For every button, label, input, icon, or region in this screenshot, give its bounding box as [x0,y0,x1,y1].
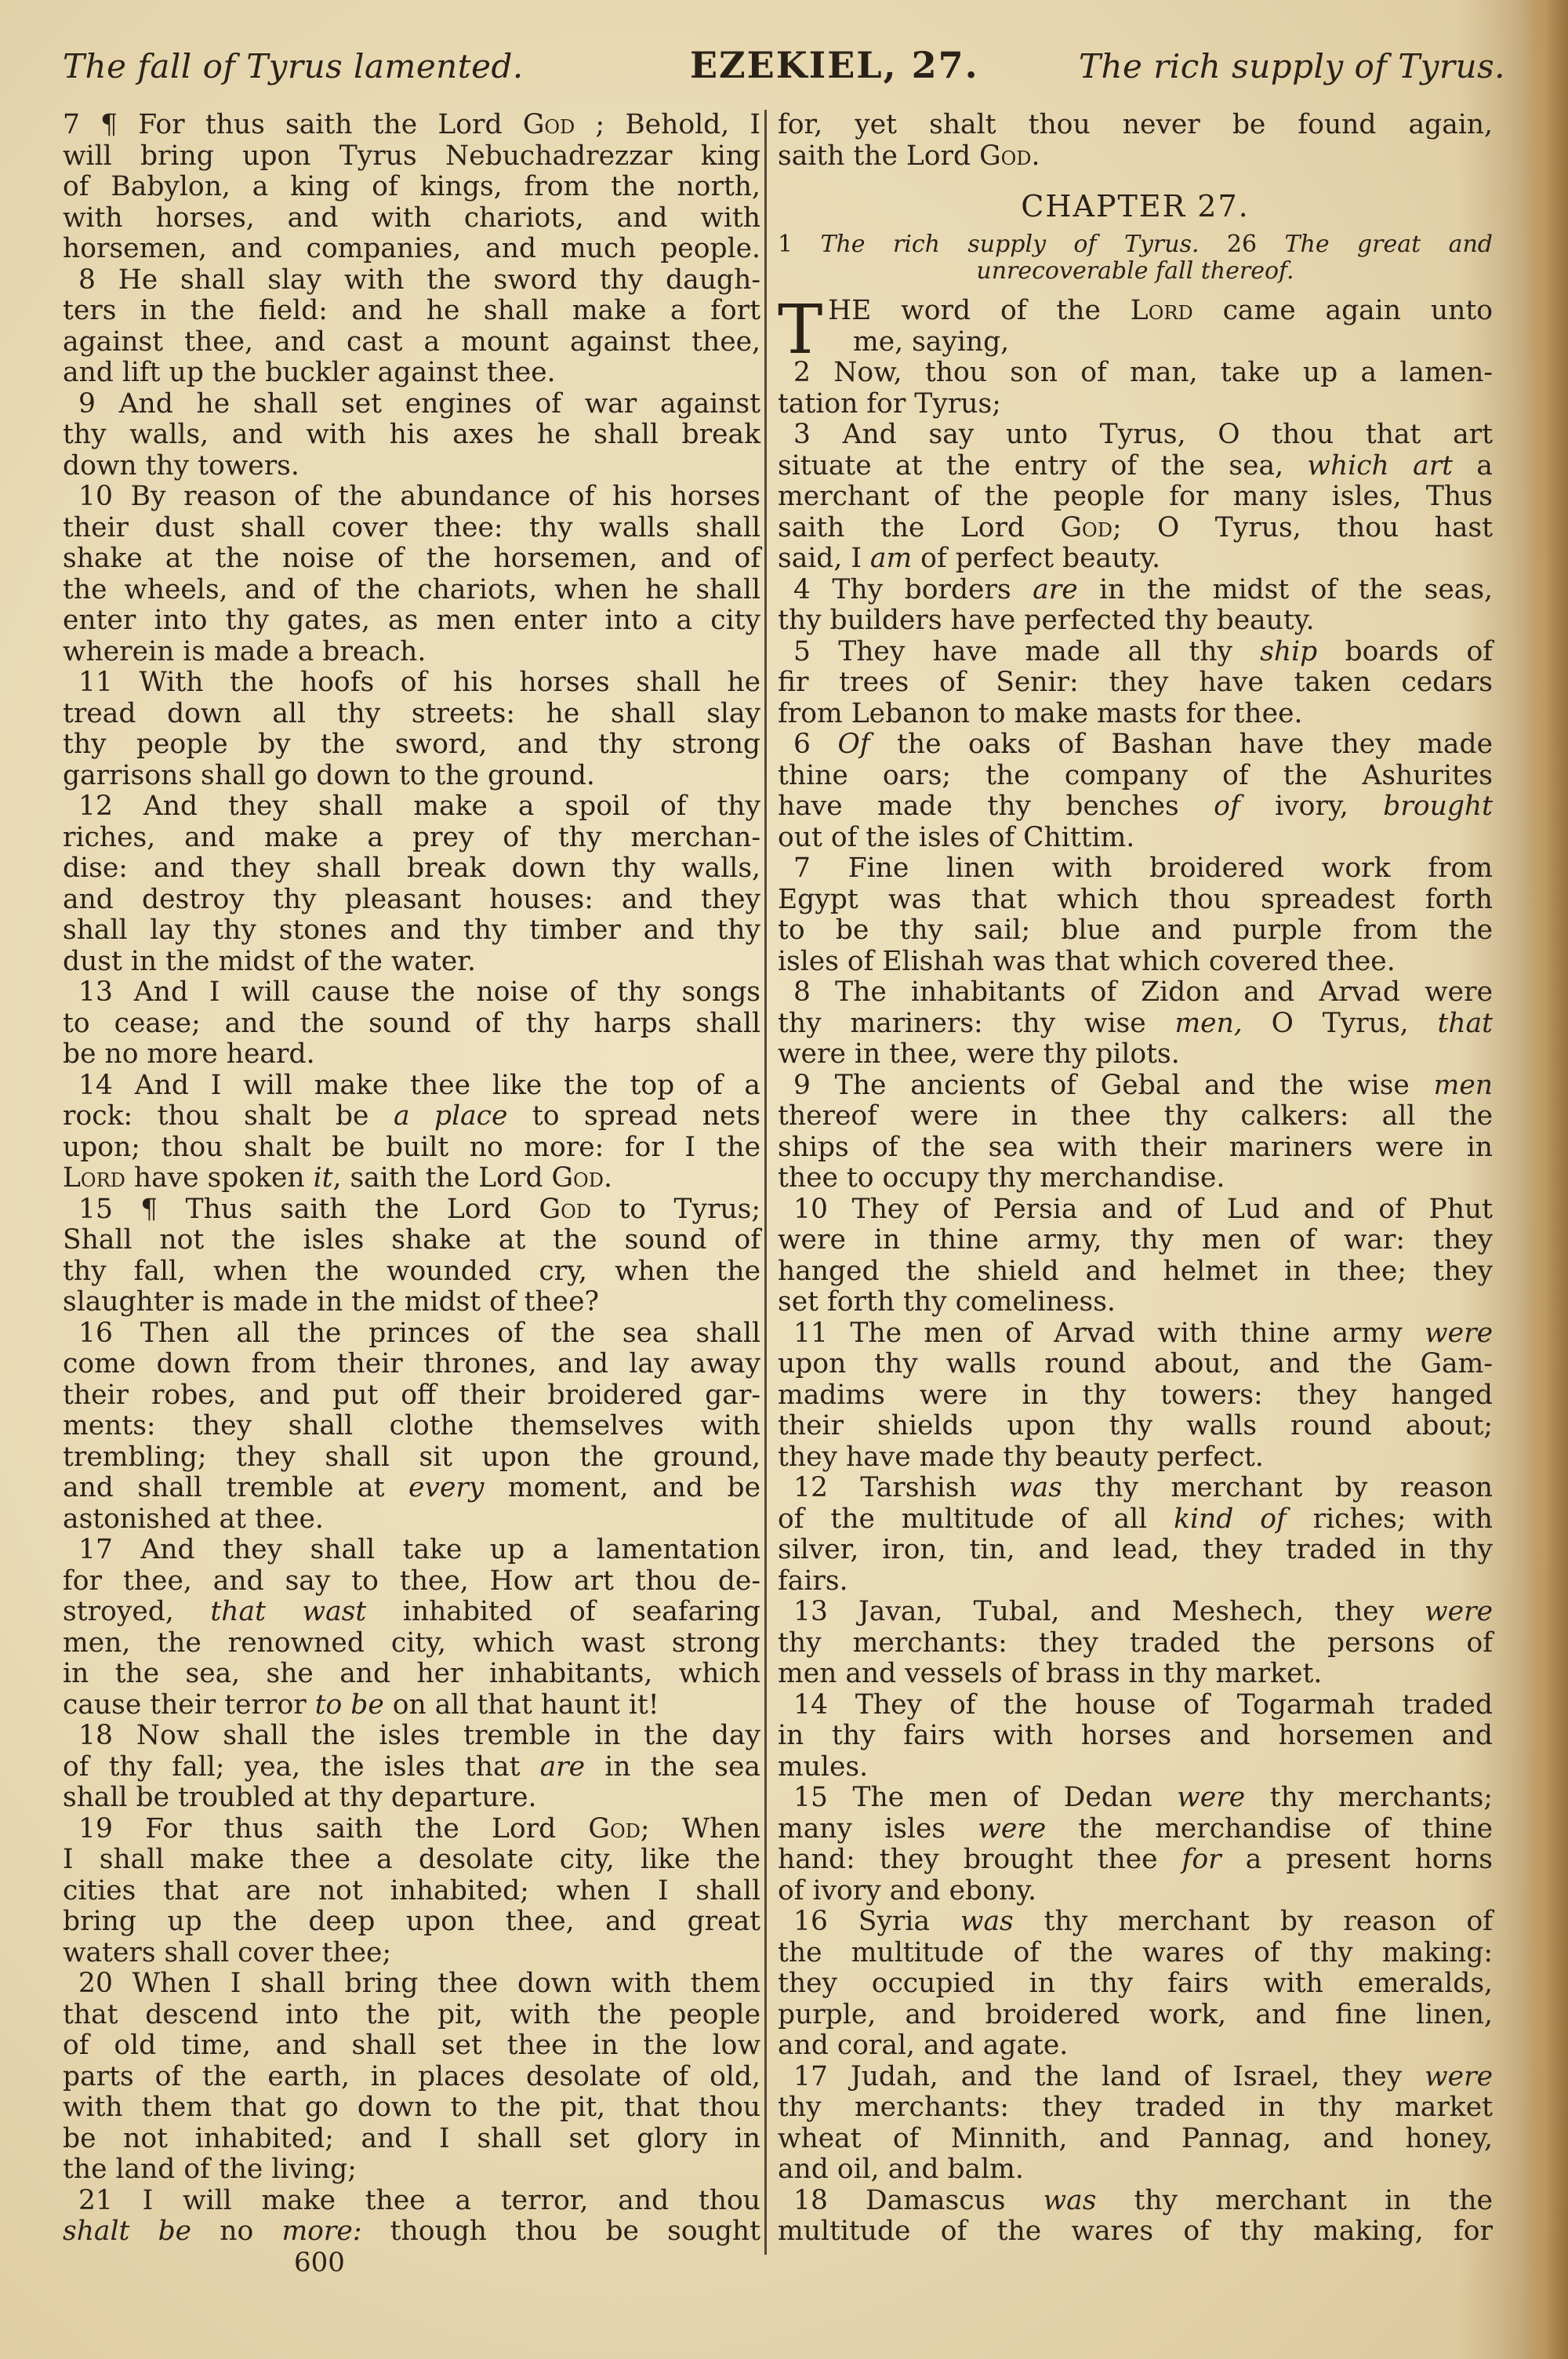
text-line: 14 They of the house of Togarmah traded [778,1690,1493,1721]
text-segment: and shall tremble at [63,1472,408,1503]
text-line: wheat of Minnith, and Pannag, and honey, [778,2124,1493,2155]
text-line: thine oars; the company of the Ashurites [778,761,1493,792]
text-line: upon; thou shalt be built no more: for I… [63,1132,760,1164]
text-segment: 12 And they shall make a spoil of thy [78,791,760,822]
text-segment: of the multitude of all [778,1503,1174,1535]
text-line: 13 Javan, Tubal, and Meshech, they were [778,1597,1493,1628]
text-segment: 13 And I will cause the noise of thy son… [78,976,760,1008]
text-segment: merchant of the people for many isles, T… [778,481,1493,512]
text-segment: cause their terror [63,1689,315,1721]
text-line: I shall make thee a desolate city, like … [63,1845,760,1876]
small-caps-text: God [588,1813,640,1845]
text-line: 11 The men of Arvad with thine army were [778,1318,1493,1350]
italic-text: men, [1174,1008,1242,1039]
text-line: dise: and they shall break down thy wall… [63,853,760,885]
text-segment: 7 Fine linen with broidered work from [793,852,1493,884]
text-line: from Lebanon to make masts for thee. [778,699,1493,730]
text-segment: that descend into the pit, with the peop… [63,1999,760,2030]
text-segment: though thou be sought [361,2215,760,2247]
text-line: thy merchants: they traded the persons o… [778,1628,1493,1659]
italic-text: kind of [1174,1503,1287,1535]
text-line: shalt be no more: though thou be sought [63,2216,760,2248]
previous-chapter-continuation: for, yet shalt thou never be found again… [778,110,1493,172]
text-segment: and oil, and balm. [778,2154,1024,2185]
small-caps-text: God [552,1162,604,1194]
text-line: and oil, and balm. [778,2154,1493,2186]
text-line: be no more heard. [63,1039,760,1070]
text-segment: men and vessels of brass in thy market. [778,1658,1322,1689]
text-segment: 15 The men of Dedan [793,1782,1177,1813]
text-segment: thy people by the sword, and thy strong [63,729,760,760]
text-segment: will bring upon Tyrus Nebuchadrezzar kin… [63,140,760,172]
text-line: men and vessels of brass in thy market. [778,1659,1493,1690]
text-segment: shall be troubled at thy departure. [63,1782,536,1813]
text-segment: multitude of the wares of thy making, fo… [778,2215,1493,2247]
text-line: their shields upon thy walls round about… [778,1411,1493,1442]
summary-text: The rich supply of Tyrus. [793,231,1227,258]
small-caps-text: God [979,140,1031,172]
italic-text: of [1214,791,1240,822]
italic-text: shalt be [63,2215,191,2247]
text-segment: the wheels, and of the chariots, when he… [63,574,760,605]
text-line: thy walls, and with his axes he shall br… [63,420,760,451]
chapter-title: CHAPTER 27. [778,189,1493,224]
text-segment: Egypt was that which thou spreadest fort… [778,884,1493,915]
text-segment: have spoken [125,1162,314,1194]
text-segment: wherein is made a breach. [63,636,426,667]
text-line: 7 Fine linen with broidered work from [778,853,1493,885]
italic-text: were [1425,1318,1493,1349]
text-segment: of ivory and ebony. [778,1875,1036,1906]
text-line: HE word of the Lord came again unto [778,296,1493,327]
text-segment: 9 And he shall set engines of war agains… [78,388,760,420]
running-head-right: The rich supply of Tyrus. [1079,47,1505,85]
text-segment: wheat of Minnith, and Pannag, and honey, [778,2123,1493,2154]
small-caps-text: God [539,1194,591,1225]
text-segment: 18 Damascus [793,2185,1044,2216]
text-segment: ; Behold, I [575,109,760,140]
text-segment: their dust shall cover thee: thy walls s… [63,512,760,543]
text-line: 11 With the hoofs of his horses shall he [63,667,760,699]
text-segment: 5 They have made all thy [793,636,1260,667]
drop-cap: T [778,299,822,362]
text-line: 7 ¶ For thus saith the Lord God ; Behold… [63,110,760,141]
italic-text: it [314,1162,333,1194]
text-segment: rock: thou shalt be [63,1100,394,1132]
text-line: thy fall, when the wounded cry, when the [63,1256,760,1288]
text-line: stroyed, that wast inhabited of seafarin… [63,1597,760,1628]
text-segment: said, I [778,543,870,574]
text-segment: parts of the earth, in places desolate o… [63,2061,760,2092]
text-segment: thy fall, when the wounded cry, when the [63,1256,760,1287]
text-line: madims were in thy towers: they hanged [778,1380,1493,1412]
text-segment: enter into thy gates, as men enter into … [63,605,760,636]
text-line: for, yet shalt thou never be found again… [778,110,1493,141]
text-line: they have made thy beauty perfect. [778,1442,1493,1474]
italic-text: ship [1260,636,1317,667]
text-line: 15 The men of Dedan were thy merchants; [778,1783,1493,1814]
text-segment: and lift up the buckler against thee. [63,357,556,388]
text-line: in thy fairs with horses and horsemen an… [778,1721,1493,1752]
right-column: for, yet shalt thou never be found again… [778,110,1493,2248]
chapter-opening: T HE word of the Lord came again untome,… [778,296,1493,358]
running-head-book-chapter: EZEKIEL, 27. [690,44,979,86]
text-segment: ; O Tyrus, thou hast [1112,512,1493,543]
text-line: shall lay thy stones and thy timber and … [63,915,760,947]
text-line: me, saying, [778,327,1493,358]
italic-text: were [1425,2061,1493,2092]
text-segment: in the sea, she and her inhabitants, whi… [63,1658,760,1689]
text-line: waters shall cover thee; [63,1938,760,1969]
text-line: 21 I will make thee a terror, and thou [63,2186,760,2217]
text-line: isles of Elishah was that which covered … [778,947,1493,978]
italic-text: was [960,1906,1014,1937]
text-line: against thee, and cast a mount against t… [63,327,760,358]
summary-text: The great and [1257,231,1493,258]
text-segment: bring up the deep upon thee, and great [63,1906,760,1937]
text-line: with horses, and with chariots, and with [63,203,760,234]
text-segment: to cease; and the sound of thy harps sha… [63,1008,760,1039]
text-segment: ships of the sea with their mariners wer… [778,1132,1493,1163]
text-line: said, I am of perfect beauty. [778,543,1493,575]
text-segment: to be thy sail; blue and purple from the [778,914,1493,946]
text-segment: with horses, and with chariots, and with [63,202,760,234]
text-segment: saith the Lord [778,512,1061,543]
text-segment: 8 The inhabitants of Zidon and Arvad wer… [793,976,1493,1008]
text-segment: 2 Now, thou son of man, take up a lamen- [793,357,1493,388]
text-segment: 11 The men of Arvad with thine army [793,1318,1425,1349]
text-line: wherein is made a breach. [63,637,760,668]
text-line: mules. [778,1752,1493,1783]
text-line: Egypt was that which thou spreadest fort… [778,885,1493,916]
text-line: upon thy walls round about, and the Gam- [778,1349,1493,1380]
text-line: Shall not the isles shake at the sound o… [63,1225,760,1256]
text-line: trembling; they shall sit upon the groun… [63,1442,760,1474]
text-segment: 15 ¶ Thus saith the Lord [78,1194,539,1225]
text-line: 17 Judah, and the land of Israel, they w… [778,2062,1493,2093]
text-segment: slaughter is made in the midst of thee? [63,1286,599,1318]
text-line: garrisons shall go down to the ground. [63,761,760,792]
text-segment: tation for Tyrus; [778,388,1001,420]
text-segment: against thee, and cast a mount against t… [63,326,760,358]
italic-text: a place [394,1100,507,1132]
text-segment: set forth thy comeliness. [778,1286,1116,1318]
italic-text: are [1033,574,1077,605]
text-segment: 11 With the hoofs of his horses shall he [78,667,760,698]
text-line: 18 Damascus was thy merchant in the [778,2186,1493,2217]
summary-text: unrecoverable fall thereof. [778,258,1493,285]
text-segment: dise: and they shall break down thy wall… [63,852,760,884]
text-line: and coral, and agate. [778,2030,1493,2062]
small-caps-text: God [1061,512,1112,543]
text-segment: hand: they brought thee [778,1844,1182,1875]
text-segment: they occupied in thy fairs with emeralds… [778,1968,1493,1999]
text-line: slaughter is made in the midst of thee? [63,1287,760,1318]
text-segment: Shall not the isles shake at the sound o… [63,1224,760,1256]
text-segment: upon; thou shalt be built no more: for I… [63,1132,760,1163]
text-line: thereof were in thee thy calkers: all th… [778,1101,1493,1132]
small-caps-text: Lord [63,1162,125,1194]
text-line: of thy fall; yea, the isles that are in … [63,1752,760,1783]
text-segment: 14 They of the house of Togarmah traded [793,1689,1493,1721]
text-line: ments: they shall clothe themselves with [63,1411,760,1442]
text-segment: 17 Judah, and the land of Israel, they [793,2061,1425,2092]
italic-text: were [1425,1596,1493,1627]
text-line: be not inhabited; and I shall set glory … [63,2124,760,2155]
italic-text: are [540,1751,585,1783]
text-segment: from Lebanon to make masts for thee. [778,698,1302,729]
text-segment: upon thy walls round about, and the Gam- [778,1348,1493,1379]
text-segment: and coral, and agate. [778,2030,1068,2061]
italic-text: am [870,543,912,574]
text-line: 5 They have made all thy ship boards of [778,637,1493,668]
text-line: enter into thy gates, as men enter into … [63,605,760,637]
text-segment: stroyed, [63,1596,210,1627]
text-segment: . [604,1162,612,1194]
italic-text: was [1044,2185,1097,2216]
text-line: 16 Then all the princes of the sea shall [63,1318,760,1350]
text-segment: silver, iron, tin, and lead, they traded… [778,1534,1493,1565]
text-line: tread down all thy streets: he shall sla… [63,699,760,730]
text-segment: thy mariners: thy wise [778,1008,1174,1039]
text-segment: cities that are not inhabited; when I sh… [63,1875,760,1906]
text-segment: a present horns [1221,1844,1493,1875]
text-segment: thy builders have perfected thy beauty. [778,605,1315,636]
text-line: 2 Now, thou son of man, take up a lamen- [778,358,1493,389]
text-line: ships of the sea with their mariners wer… [778,1132,1493,1164]
text-segment: for thee, and say to thee, How art thou … [63,1565,760,1597]
italic-text: that wast [210,1596,366,1627]
text-segment: 8 He shall slay with the sword thy daugh… [78,264,760,296]
text-segment: fairs. [778,1565,848,1597]
text-line: and destroy thy pleasant houses: and the… [63,885,760,916]
text-segment: their robes, and put off their broidered… [63,1379,760,1411]
text-segment: a [1453,450,1493,482]
italic-text: was [1009,1472,1062,1503]
text-segment: with them that go down to the pit, that … [63,2092,760,2123]
text-segment: thy walls, and with his axes he shall br… [63,419,760,450]
text-line: multitude of the wares of thy making, fo… [778,2216,1493,2248]
text-segment: saith the Lord [778,140,979,172]
text-segment: O Tyrus, [1243,1008,1438,1039]
text-line: many isles were the merchandise of thine [778,1814,1493,1845]
text-line: 8 He shall slay with the sword thy daugh… [63,265,760,296]
text-line: ters in the field: and he shall make a f… [63,296,760,327]
italic-text: men [1434,1070,1493,1101]
text-line: hanged the shield and helmet in thee; th… [778,1256,1493,1288]
text-segment: trembling; they shall sit upon the groun… [63,1441,760,1473]
text-segment: were in thee, were thy pilots. [778,1038,1180,1070]
text-segment: moment, and be [484,1472,760,1503]
text-segment: come down from their thrones, and lay aw… [63,1348,760,1379]
text-segment: of perfect beauty. [912,543,1160,574]
text-segment: 4 Thy borders [793,574,1033,605]
text-line: 10 By reason of the abundance of his hor… [63,482,760,513]
text-line: hand: they brought thee for a present ho… [778,1845,1493,1876]
text-segment: isles of Elishah was that which covered … [778,946,1396,977]
text-line: cities that are not inhabited; when I sh… [63,1876,760,1907]
text-segment: their shields upon thy walls round about… [778,1410,1493,1441]
text-line: were in thee, were thy pilots. [778,1039,1493,1070]
text-segment: ; When [641,1813,760,1845]
text-segment: to Tyrus; [591,1194,760,1225]
text-line: their robes, and put off their broidered… [63,1380,760,1412]
italic-text: for [1182,1844,1221,1875]
text-line: were in thine army, thy men of war: they [778,1225,1493,1256]
text-line: 10 They of Persia and of Lud and of Phut [778,1194,1493,1226]
column-divider [764,110,767,2255]
text-segment: riches; with [1287,1503,1493,1535]
text-line: thee to occupy thy merchandise. [778,1163,1493,1194]
text-segment: tread down all thy streets: he shall sla… [63,698,760,729]
text-line: 6 Of the oaks of Bashan have they made [778,729,1493,761]
text-segment: dust in the midst of the water. [63,946,476,977]
text-segment: in the sea [585,1751,760,1783]
text-segment: many isles [778,1813,978,1845]
text-line: of ivory and ebony. [778,1876,1493,1907]
text-line: thy mariners: thy wise men, O Tyrus, tha… [778,1009,1493,1040]
text-segment: mules. [778,1751,868,1783]
text-line: their dust shall cover thee: thy walls s… [63,513,760,544]
text-segment: . [1032,140,1040,172]
page-number: 600 [294,2247,345,2278]
text-segment: 9 The ancients of Gebal and the wise [793,1070,1434,1101]
text-line: 16 Syria was thy merchant by reason of [778,1906,1493,1938]
small-caps-text: God [523,109,575,140]
text-line: the land of the living; [63,2154,760,2186]
text-segment: waters shall cover thee; [63,1937,391,1968]
text-segment: shake at the noise of the horsemen, and … [63,543,760,574]
text-line: fir trees of Senir: they have taken ceda… [778,667,1493,699]
italic-text: that [1437,1008,1493,1039]
text-segment: thy merchant by reason [1062,1472,1493,1503]
italic-text: more: [281,2215,361,2247]
text-line: that descend into the pit, with the peop… [63,2000,760,2031]
text-line: situate at the entry of the sea, which a… [778,451,1493,482]
text-line: 13 And I will cause the noise of thy son… [63,977,760,1009]
text-segment: 18 Now shall the isles tremble in the da… [78,1720,760,1751]
text-line: with them that go down to the pit, that … [63,2092,760,2124]
text-line: parts of the earth, in places desolate o… [63,2062,760,2093]
text-segment: 16 Then all the princes of the sea shall [78,1318,760,1349]
text-segment: the oaks of Bashan have they made [870,729,1493,760]
text-segment: 20 When I shall bring thee down with the… [78,1968,760,1999]
text-line: come down from their thrones, and lay aw… [63,1349,760,1380]
text-line: saith the Lord God; O Tyrus, thou hast [778,513,1493,544]
text-segment: horsemen, and companies, and much people… [63,233,760,264]
text-segment: I shall make thee a desolate city, like … [63,1844,760,1875]
running-head-left: The fall of Tyrus lamented. [63,47,524,85]
text-segment: in the midst of the seas, [1078,574,1493,605]
chapter-verses: 2 Now, thou son of man, take up a lamen-… [778,358,1493,2248]
text-line: 19 For thus saith the Lord God; When [63,1814,760,1845]
text-line: 14 And I will make thee like the top of … [63,1070,760,1102]
text-line: horsemen, and companies, and much people… [63,234,760,265]
italic-text: to be [315,1689,384,1721]
text-segment: garrisons shall go down to the ground. [63,760,595,791]
text-line: of old time, and shall set thee in the l… [63,2030,760,2062]
summary-verse-ref: 1 [778,231,793,258]
text-segment: no [191,2215,281,2247]
small-caps-text: Lord [1131,295,1193,326]
text-line: 17 And they shall take up a lamentation [63,1535,760,1566]
text-segment: 6 [793,729,837,760]
text-line: the multitude of the wares of thy making… [778,1938,1493,1969]
text-segment: thy merchant by reason of [1014,1906,1493,1937]
text-segment: shall lay thy stones and thy timber and … [63,914,760,946]
text-segment: down thy towers. [63,450,299,482]
text-segment: were in thine army, thy men of war: they [778,1224,1493,1256]
text-segment: the merchandise of thine [1046,1813,1493,1845]
text-segment: to spread nets [507,1100,760,1132]
text-line: set forth thy comeliness. [778,1287,1493,1318]
text-line: and shall tremble at every moment, and b… [63,1473,760,1504]
text-segment: have made thy benches [778,791,1214,822]
text-line: 3 And say unto Tyrus, O thou that art [778,420,1493,451]
text-segment: 10 They of Persia and of Lud and of Phut [793,1194,1493,1225]
text-segment: me, saying, [853,326,1009,358]
text-segment: on all that haunt it! [384,1689,659,1721]
text-line: have made thy benches of ivory, brought [778,791,1493,823]
italic-text: every [408,1472,484,1503]
text-line: and lift up the buckler against thee. [63,358,760,389]
text-segment: boards of [1317,636,1493,667]
chapter-summary: 1 The rich supply of Tyrus. 26 The great… [778,231,1493,285]
text-line: cause their terror to be on all that hau… [63,1690,760,1721]
text-line: to cease; and the sound of thy harps sha… [63,1009,760,1040]
summary-verse-ref: 26 [1227,231,1257,258]
text-line: silver, iron, tin, and lead, they traded… [778,1535,1493,1566]
text-segment: for, yet shalt thou never be found again… [778,109,1493,140]
text-line: to be thy sail; blue and purple from the [778,915,1493,947]
text-line: astonished at thee. [63,1504,760,1536]
text-segment: the land of the living; [63,2154,357,2185]
left-column: 7 ¶ For thus saith the Lord God ; Behold… [63,110,760,2248]
text-line: 9 The ancients of Gebal and the wise men [778,1070,1493,1102]
text-segment: , saith the Lord [333,1162,552,1194]
text-line: Lord have spoken it, saith the Lord God. [63,1163,760,1194]
text-segment: of Babylon, a king of kings, from the no… [63,171,760,202]
text-segment: 7 ¶ For thus saith the Lord [63,109,523,140]
text-segment: HE word of the [828,295,1131,326]
text-segment: thy merchants; [1245,1782,1493,1813]
italic-text: were [978,1813,1046,1845]
text-segment: thy merchants: they traded in thy market [778,2092,1493,2123]
text-segment: men, the renowned city, which wast stron… [63,1627,760,1659]
text-segment: the multitude of the wares of thy making… [778,1937,1493,1968]
text-segment: in thy fairs with horses and horsemen an… [778,1720,1493,1751]
text-line: 20 When I shall bring thee down with the… [63,1968,760,2000]
text-segment: fir trees of Senir: they have taken ceda… [778,667,1493,698]
text-segment: came again unto [1193,295,1493,326]
text-line: for thee, and say to thee, How art thou … [63,1566,760,1598]
text-segment: purple, and broidered work, and fine lin… [778,1999,1493,2030]
text-segment: thee to occupy thy merchandise. [778,1162,1225,1194]
text-segment: 14 And I will make thee like the top of … [78,1070,760,1101]
text-segment: 21 I will make thee a terror, and thou [78,2185,760,2216]
text-line: 12 And they shall make a spoil of thy [63,791,760,823]
text-segment: 19 For thus saith the Lord [78,1813,588,1845]
text-line: bring up the deep upon thee, and great [63,1906,760,1938]
text-segment: 17 And they shall take up a lamentation [78,1534,760,1565]
text-line: shall be troubled at thy departure. [63,1783,760,1814]
text-segment: hanged the shield and helmet in thee; th… [778,1256,1493,1287]
text-segment: riches, and make a prey of thy merchan- [63,822,760,853]
page-edge-shadow [1523,0,1568,2359]
text-line: rock: thou shalt be a place to spread ne… [63,1101,760,1132]
text-segment: and destroy thy pleasant houses: and the… [63,884,760,915]
text-line: 8 The inhabitants of Zidon and Arvad wer… [778,977,1493,1009]
